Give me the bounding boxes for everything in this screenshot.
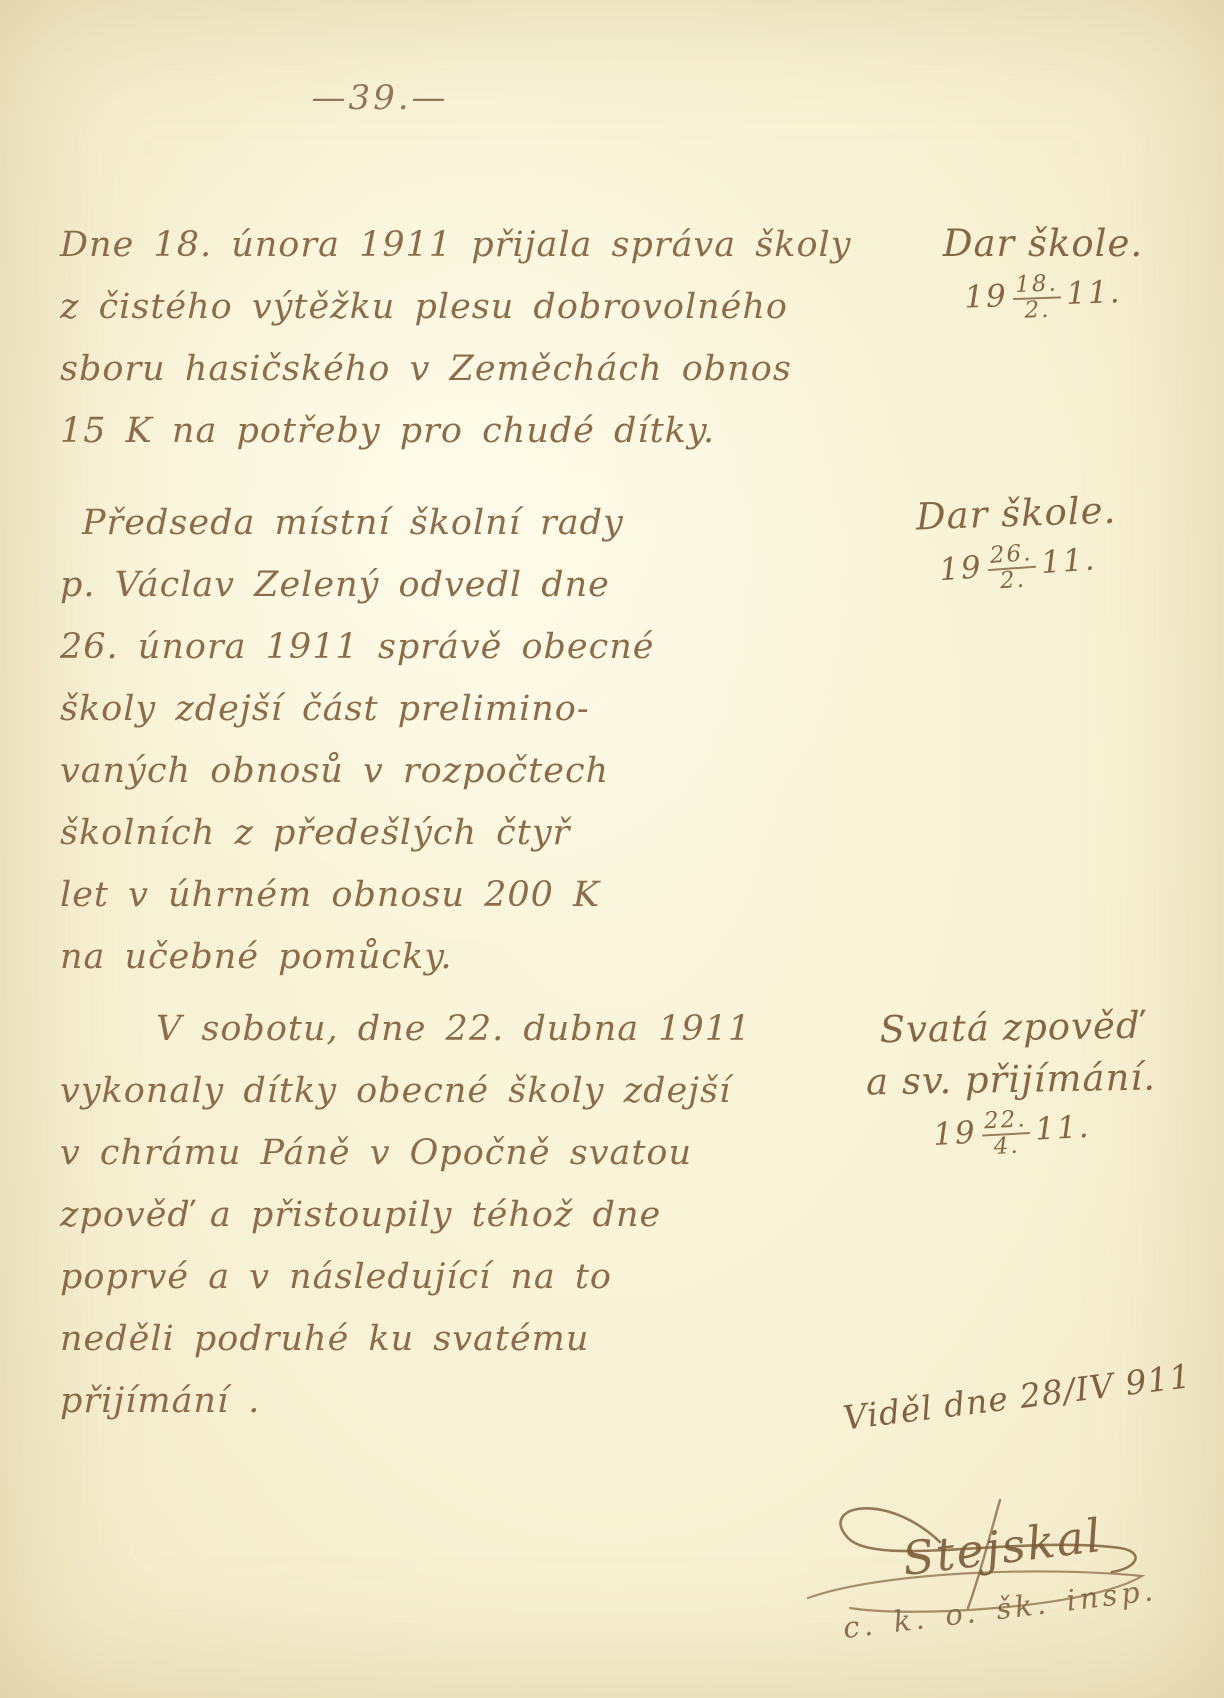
entry-line: neděli podruhé ku svatému: [60, 1308, 860, 1370]
entry-line: v chrámu Páně v Opočně svatou: [60, 1122, 860, 1184]
date-year-prefix: 19: [964, 278, 1009, 315]
entry-3-margin-note: Svatá zpověď a sv. přijímání. 1922.4.11.: [815, 999, 1208, 1161]
entry-line: let v úhrném obnosu 200 K: [60, 864, 860, 926]
date-month: 2.: [988, 568, 1038, 594]
margin-note-date: 1918.2.11.: [877, 268, 1208, 327]
entry-line: 15 K na potřeby pro chudé dítky.: [60, 400, 860, 462]
margin-note-title: Svatá zpověď: [815, 999, 1206, 1058]
entry-line: 26. února 1911 správě obecné: [60, 616, 860, 678]
entry-line: přijímání .: [60, 1370, 860, 1432]
date-fraction: 26.2.: [986, 543, 1038, 594]
entry-line: Dne 18. února 1911 přijala správa školy: [60, 214, 860, 276]
entry-line: Předseda místní školní rady: [60, 492, 860, 554]
entry-line: na učebné pomůcky.: [60, 926, 860, 988]
entry-line: vaných obnosů v rozpočtech: [60, 740, 860, 802]
date-fraction: 18.2.: [1012, 273, 1062, 322]
entry-line: školních z předešlých čtyř: [60, 802, 860, 864]
inspector-seen-note: Viděl dne 28/IV 911: [841, 1357, 1183, 1437]
margin-note-date: 1922.4.11.: [816, 1100, 1208, 1168]
entry-line: zpověď a přistoupily téhož dne: [60, 1184, 860, 1246]
date-month: 2.: [1013, 298, 1062, 323]
margin-note-title: a sv. přijímání.: [816, 1051, 1207, 1110]
entry-line: z čistého výtěžku plesu dobrovolného: [60, 276, 860, 338]
date-year-suffix: 11.: [1040, 541, 1098, 581]
date-year-prefix: 19: [932, 1115, 977, 1153]
entry-2-margin-note: Dar škole. 1926.2.11.: [850, 482, 1183, 597]
signature-block: Stejskal c. k. o. šk. insp.: [790, 1480, 1190, 1680]
entry-1-margin-note: Dar škole. 1918.2.11.: [878, 218, 1208, 322]
date-year-prefix: 19: [938, 549, 984, 588]
entry-3-body: V sobotu, dne 22. dubna 1911 vykonaly dí…: [60, 998, 860, 1432]
entry-line: sboru hasičského v Zeměchách obnos: [60, 338, 860, 400]
entry-2-body: Předseda místní školní rady p. Václav Ze…: [60, 492, 860, 988]
entry-line: vykonaly dítky obecné školy zdejší: [60, 1060, 860, 1122]
date-year-suffix: 11.: [1034, 1109, 1091, 1148]
entry-line: poprvé a v následující na to: [60, 1246, 860, 1308]
entry-line: V sobotu, dne 22. dubna 1911: [60, 998, 860, 1060]
date-year-suffix: 11.: [1066, 274, 1123, 312]
chronicle-page: —39.— Dne 18. února 1911 přijala správa …: [0, 0, 1224, 1698]
entry-line: školy zdejší část prelimino-: [60, 678, 860, 740]
date-day: 18.: [1012, 273, 1061, 300]
date-fraction: 22.4.: [981, 1109, 1032, 1159]
page-number: —39.—: [0, 78, 760, 118]
entry-line: p. Václav Zelený odvedl dne: [60, 554, 860, 616]
margin-note-title: Dar škole.: [878, 218, 1208, 270]
entry-1-body: Dne 18. února 1911 přijala správa školy …: [60, 214, 860, 462]
date-month: 4.: [982, 1134, 1032, 1159]
